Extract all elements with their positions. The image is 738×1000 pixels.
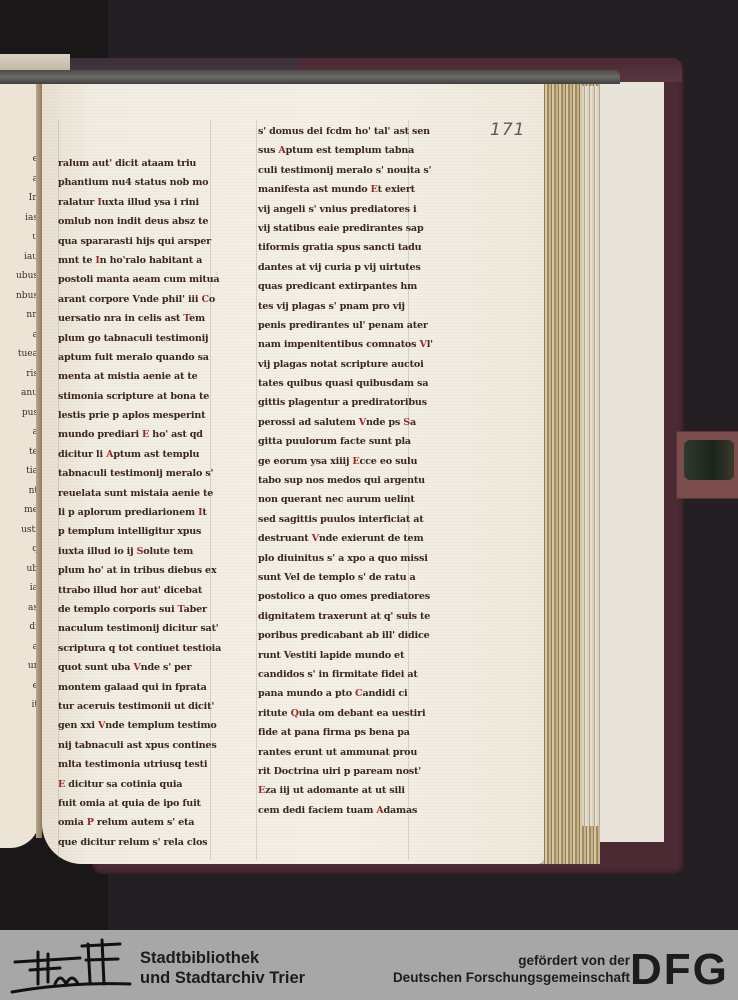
manuscript-line: de templo corporis sui Taber (58, 600, 208, 619)
text-column-b: s' domus dei fcdm ho' tal' ast sensus Ap… (258, 122, 408, 820)
library-name-line1: Stadtbibliothek (140, 948, 305, 968)
rubricated-initial: V (359, 417, 366, 428)
rubricated-initial: E (258, 785, 265, 796)
manuscript-line: sed sagittis puulos interficiat at (258, 510, 408, 529)
rubricated-initial: I (95, 255, 99, 266)
rubricated-initial: V (98, 720, 105, 731)
manuscript-line: p templum intelligitur xpus (58, 522, 208, 541)
manuscript-line: s' domus dei fcdm ho' tal' ast sen (258, 122, 408, 141)
manuscript-line: plo diuinitus s' a xpo a quo missi (258, 549, 408, 568)
manuscript-line: mnt te In ho'ralo habitant a (58, 251, 208, 270)
manuscript-line: E dicitur sa cotinia quia (58, 775, 208, 794)
manuscript-line: menta at mistia aenie at te (58, 367, 208, 386)
manuscript-line: sus Aptum est templum tabna (258, 141, 408, 160)
rubricated-initial: C (355, 688, 362, 699)
funding-line1: gefördert von der (393, 952, 630, 969)
manuscript-line: fuit omia at quia de ipo fuit (58, 794, 208, 813)
manuscript-line: lestis prie p aplos mesperint (58, 406, 208, 425)
ruling-line (256, 120, 257, 860)
library-name: Stadtbibliothek und Stadtarchiv Trier (140, 948, 305, 988)
manuscript-line: vij statibus eaie predirantes sap (258, 219, 408, 238)
manuscript-line: nij tabnaculi ast xpus contines (58, 736, 208, 755)
manuscript-line: fide at pana firma ps bena pa (258, 723, 408, 742)
manuscript-line: omlub non indit deus absz te (58, 212, 208, 231)
manuscript-line: ttrabo illud hor aut' dicebat (58, 581, 208, 600)
manuscript-line: tiformis gratia spus sancti tadu (258, 238, 408, 257)
manuscript-line: phantium nu4 status nob mo (58, 173, 208, 192)
rubricated-initial: E (58, 779, 65, 790)
manuscript-line: qua spararasti hijs qui arsper (58, 232, 208, 251)
manuscript-line: plum ho' at in tribus diebus ex (58, 561, 208, 580)
manuscript-line: tabnaculi testimonij meralo s' (58, 464, 208, 483)
rubricated-initial: Q (291, 708, 299, 719)
manuscript-line: arant corpore Vnde phil' iii Co (58, 290, 208, 309)
manuscript-line: dignitatem traxerunt at q' suis te (258, 607, 408, 626)
manuscript-line: ralatur Iuxta illud ysa i rini (58, 193, 208, 212)
rubricated-initial: V (312, 533, 319, 544)
manuscript-line: plum go tabnaculi testimonij (58, 329, 208, 348)
manuscript-line: perossi ad salutem Vnde ps Sa (258, 413, 408, 432)
rubricated-initial: V (419, 339, 426, 350)
page-block-edges-light (582, 86, 600, 826)
dfg-logo: DFG (630, 950, 729, 990)
rubricated-initial: S (137, 546, 144, 557)
manuscript-line: ge eorum ysa xiiij Ecce eo sulu (258, 452, 408, 471)
manuscript-line: iuxta illud io ij Solute tem (58, 542, 208, 561)
manuscript-line: vij angeli s' vnius prediatores i (258, 200, 408, 219)
manuscript-line: tates quibus quasi quibusdam sa (258, 374, 408, 393)
manuscript-line: gen xxi Vnde templum testimo (58, 716, 208, 735)
manuscript-line: dantes at vij curia p vij uirtutes (258, 258, 408, 277)
manuscript-line: li p aplorum prediarionem It (58, 503, 208, 522)
manuscript-line: montem galaad qui in fprata (58, 678, 208, 697)
manuscript-line: reuelata sunt mistaia aenie te (58, 484, 208, 503)
manuscript-line: tur aceruis testimonii ut dicit' (58, 697, 208, 716)
manuscript-line: tabo sup nos medos qui argentu (258, 471, 408, 490)
rubricated-initial: I (97, 197, 101, 208)
rubricated-initial: S (403, 417, 410, 428)
funding-line2: Deutschen Forschungsgemeinschaft (393, 969, 630, 986)
manuscript-line: postoli manta aeam cum mitua (58, 270, 208, 289)
manuscript-line: que dicitur relum s' rela clos (58, 833, 208, 852)
manuscript-line: Eza iij ut adomante at ut sili (258, 781, 408, 800)
manuscript-line: rit Doctrina uiri p paream nost' (258, 762, 408, 781)
manuscript-line: ritute Quia om debant ea uestiri (258, 704, 408, 723)
manuscript-line: poribus predicabant ab ill' didice (258, 626, 408, 645)
manuscript-line: manifesta ast mundo Et exiert (258, 180, 408, 199)
trier-library-logo-icon (10, 938, 132, 994)
manuscript-line: quas predicant extirpantes hm (258, 277, 408, 296)
manuscript-line: gittis plagentur a prediratoribus (258, 393, 408, 412)
rubricated-initial: T (183, 313, 189, 324)
manuscript-line: dicitur li Aptum ast templu (58, 445, 208, 464)
manuscript-line: mlta testimonia utriusq testi (58, 755, 208, 774)
manuscript-line: rantes erunt ut ammunat prou (258, 743, 408, 762)
rubricated-initial: C (201, 294, 208, 305)
rubricated-initial: I (198, 507, 202, 518)
rubricated-initial: A (376, 805, 383, 816)
rubricated-initial: E (371, 184, 378, 195)
manuscript-line: scriptura q tot contiuet testioia (58, 639, 208, 658)
manuscript-line: sunt Vel de templo s' de ratu a (258, 568, 408, 587)
manuscript-line: tes vij plagas s' pnam pro vij (258, 297, 408, 316)
rubricated-initial: P (87, 817, 94, 828)
manuscript-line: non querant nec aurum uelint (258, 490, 408, 509)
manuscript-line: pana mundo a pto Candidi ci (258, 684, 408, 703)
rubricated-initial: E (142, 429, 149, 440)
funding-notice: gefördert von der Deutschen Forschungsge… (393, 952, 630, 986)
manuscript-line: destruant Vnde exierunt de tem (258, 529, 408, 548)
rubricated-initial: A (106, 449, 113, 460)
manuscript-line: gitta puulorum facte sunt pla (258, 432, 408, 451)
manuscript-line: aptum fuit meralo quando sa (58, 348, 208, 367)
manuscript-line: ralum aut' dicit ataam triu (58, 154, 208, 173)
verso-text-fragments: e a In ias u iau ubus nbus nn a tuea ris… (0, 150, 38, 710)
spine-edge (0, 70, 620, 84)
manuscript-line: postolico a quo omes prediatores (258, 587, 408, 606)
manuscript-line: naculum testimonij dicitur sat' (58, 619, 208, 638)
manuscript-line: culi testimonij meralo s' nouita s' (258, 161, 408, 180)
text-column-a: ralum aut' dicit ataam triuphantium nu4 … (58, 154, 208, 852)
rubricated-initial: T (178, 604, 184, 615)
manuscript-line: penis predirantes ul' penam ater (258, 316, 408, 335)
folio-number: 171 (490, 120, 525, 140)
manuscript-line: uersatio nra in celis ast Tem (58, 309, 208, 328)
rubricated-initial: A (278, 145, 285, 156)
manuscript-line: cem dedi faciem tuam Adamas (258, 801, 408, 820)
library-name-line2: und Stadtarchiv Trier (140, 968, 305, 988)
rubricated-initial: V (133, 662, 140, 673)
manuscript-line: mundo prediari E ho' ast qd (58, 425, 208, 444)
clasp-metal-icon (684, 440, 734, 480)
manuscript-line: omia P relum autem s' eta (58, 813, 208, 832)
endpaper (594, 82, 664, 842)
manuscript-line: candidos s' in firmitate fidei at (258, 665, 408, 684)
manuscript-line: quot sunt uba Vnde s' per (58, 658, 208, 677)
manuscript-line: stimonia scripture at bona te (58, 387, 208, 406)
rubricated-initial: E (352, 456, 359, 467)
manuscript-line: nam impenitentibus comnatos Vl' (258, 335, 408, 354)
manuscript-line: runt Vestiti lapide mundo et (258, 646, 408, 665)
manuscript-line: vij plagas notat scripture auctoi (258, 355, 408, 374)
